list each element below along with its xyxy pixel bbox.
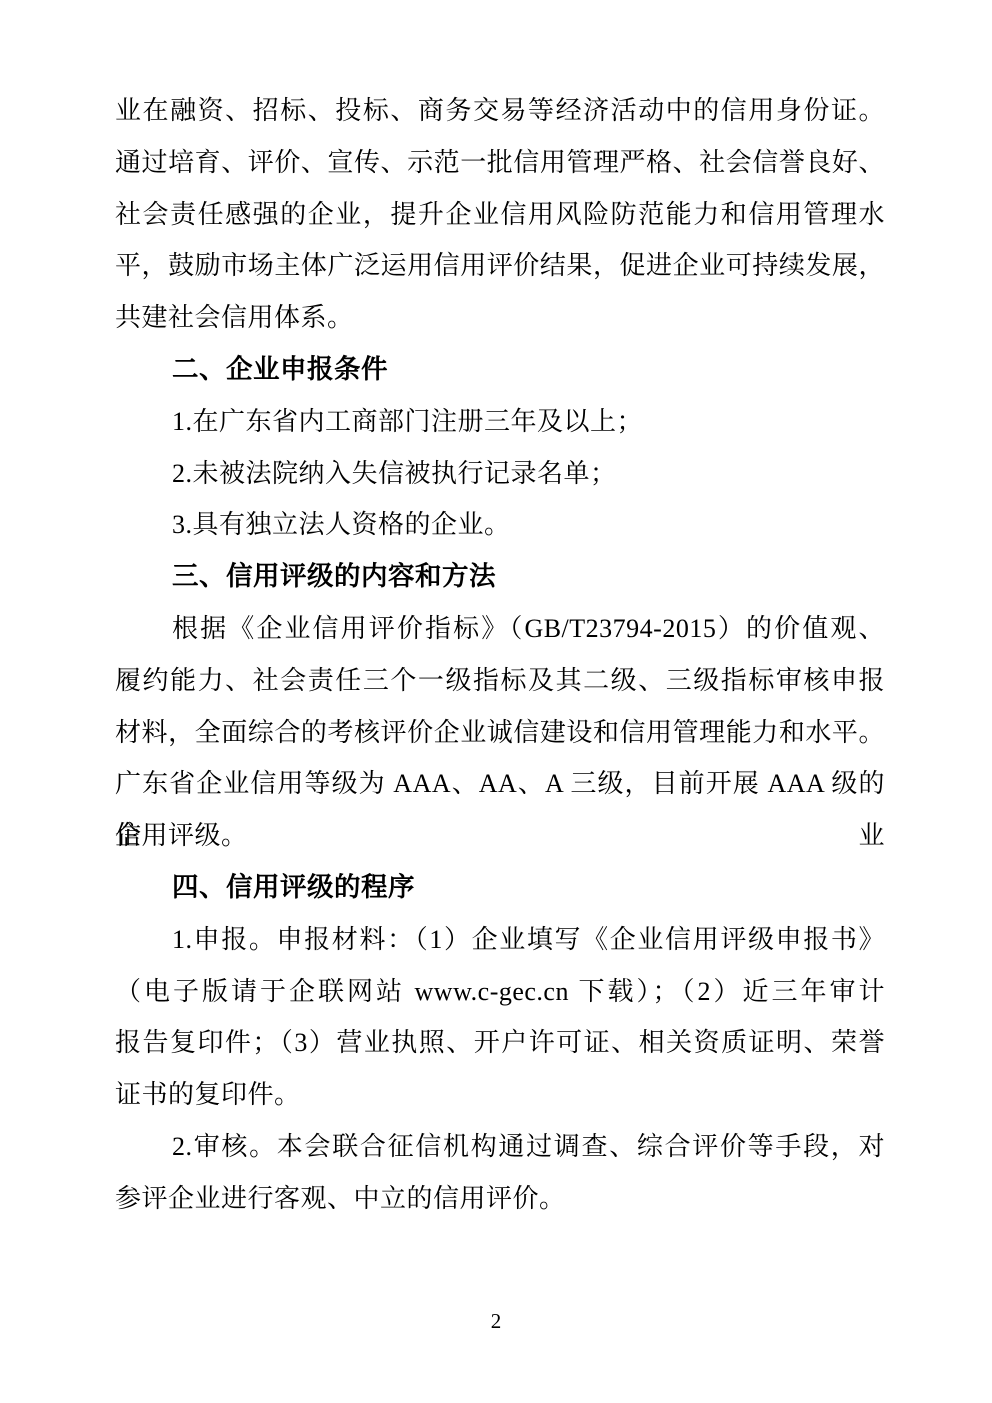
paragraph: 3.具有独立法人资格的企业。 <box>115 499 885 551</box>
paragraph: 根据《企业信用评价指标》（GB/T23794-2015）的价值观、履约能力、社会… <box>115 603 885 862</box>
section-heading: 四、信用评级的程序 <box>115 862 885 914</box>
text-line: 3.具有独立法人资格的企业。 <box>115 499 885 551</box>
text-line: 三、信用评级的内容和方法 <box>115 551 885 603</box>
paragraph: 2.未被法院纳入失信被执行记录名单； <box>115 448 885 500</box>
text-line: 1.在广东省内工商部门注册三年及以上； <box>115 396 885 448</box>
text-line: 四、信用评级的程序 <box>115 862 885 914</box>
text-line: 1.申报。申报材料：（1）企业填写《企业信用评级申报书》 <box>115 914 885 966</box>
section-heading: 三、信用评级的内容和方法 <box>115 551 885 603</box>
text-line: 二、企业申报条件 <box>115 344 885 396</box>
document-page: 业在融资、招标、投标、商务交易等经济活动中的信用身份证。通过培育、评价、宣传、示… <box>0 0 992 1403</box>
text-line: 履约能力、社会责任三个一级指标及其二级、三级指标审核申报 <box>115 655 885 707</box>
section-heading: 二、企业申报条件 <box>115 344 885 396</box>
text-line: 报告复印件；（3）营业执照、开户许可证、相关资质证明、荣誉 <box>115 1017 885 1069</box>
text-line: 社会责任感强的企业，提升企业信用风险防范能力和信用管理水 <box>115 189 885 241</box>
text-line: 通过培育、评价、宣传、示范一批信用管理严格、社会信誉良好、 <box>115 137 885 189</box>
document-body: 业在融资、招标、投标、商务交易等经济活动中的信用身份证。通过培育、评价、宣传、示… <box>115 85 885 1225</box>
text-line: 共建社会信用体系。 <box>115 292 885 344</box>
text-line: 广东省企业信用等级为 AAA、AA、A 三级，目前开展 AAA 级的企业 <box>115 758 885 810</box>
paragraph: 业在融资、招标、投标、商务交易等经济活动中的信用身份证。通过培育、评价、宣传、示… <box>115 85 885 344</box>
text-line: 证书的复印件。 <box>115 1069 885 1121</box>
text-line: 平，鼓励市场主体广泛运用信用评价结果，促进企业可持续发展， <box>115 240 885 292</box>
paragraph: 1.申报。申报材料：（1）企业填写《企业信用评级申报书》（电子版请于企联网站 w… <box>115 914 885 1121</box>
text-line: 参评企业进行客观、中立的信用评价。 <box>115 1173 885 1225</box>
paragraph: 1.在广东省内工商部门注册三年及以上； <box>115 396 885 448</box>
text-line: 业在融资、招标、投标、商务交易等经济活动中的信用身份证。 <box>115 85 885 137</box>
text-line: 根据《企业信用评价指标》（GB/T23794-2015）的价值观、 <box>115 603 885 655</box>
text-line: 2.未被法院纳入失信被执行记录名单； <box>115 448 885 500</box>
text-line: （电子版请于企联网站 www.c-gec.cn 下载）；（2）近三年审计 <box>115 966 885 1018</box>
page-number: 2 <box>0 1306 992 1336</box>
paragraph: 2.审核。本会联合征信机构通过调查、综合评价等手段，对参评企业进行客观、中立的信… <box>115 1121 885 1225</box>
text-line: 材料，全面综合的考核评价企业诚信建设和信用管理能力和水平。 <box>115 707 885 759</box>
text-line: 2.审核。本会联合征信机构通过调查、综合评价等手段，对 <box>115 1121 885 1173</box>
